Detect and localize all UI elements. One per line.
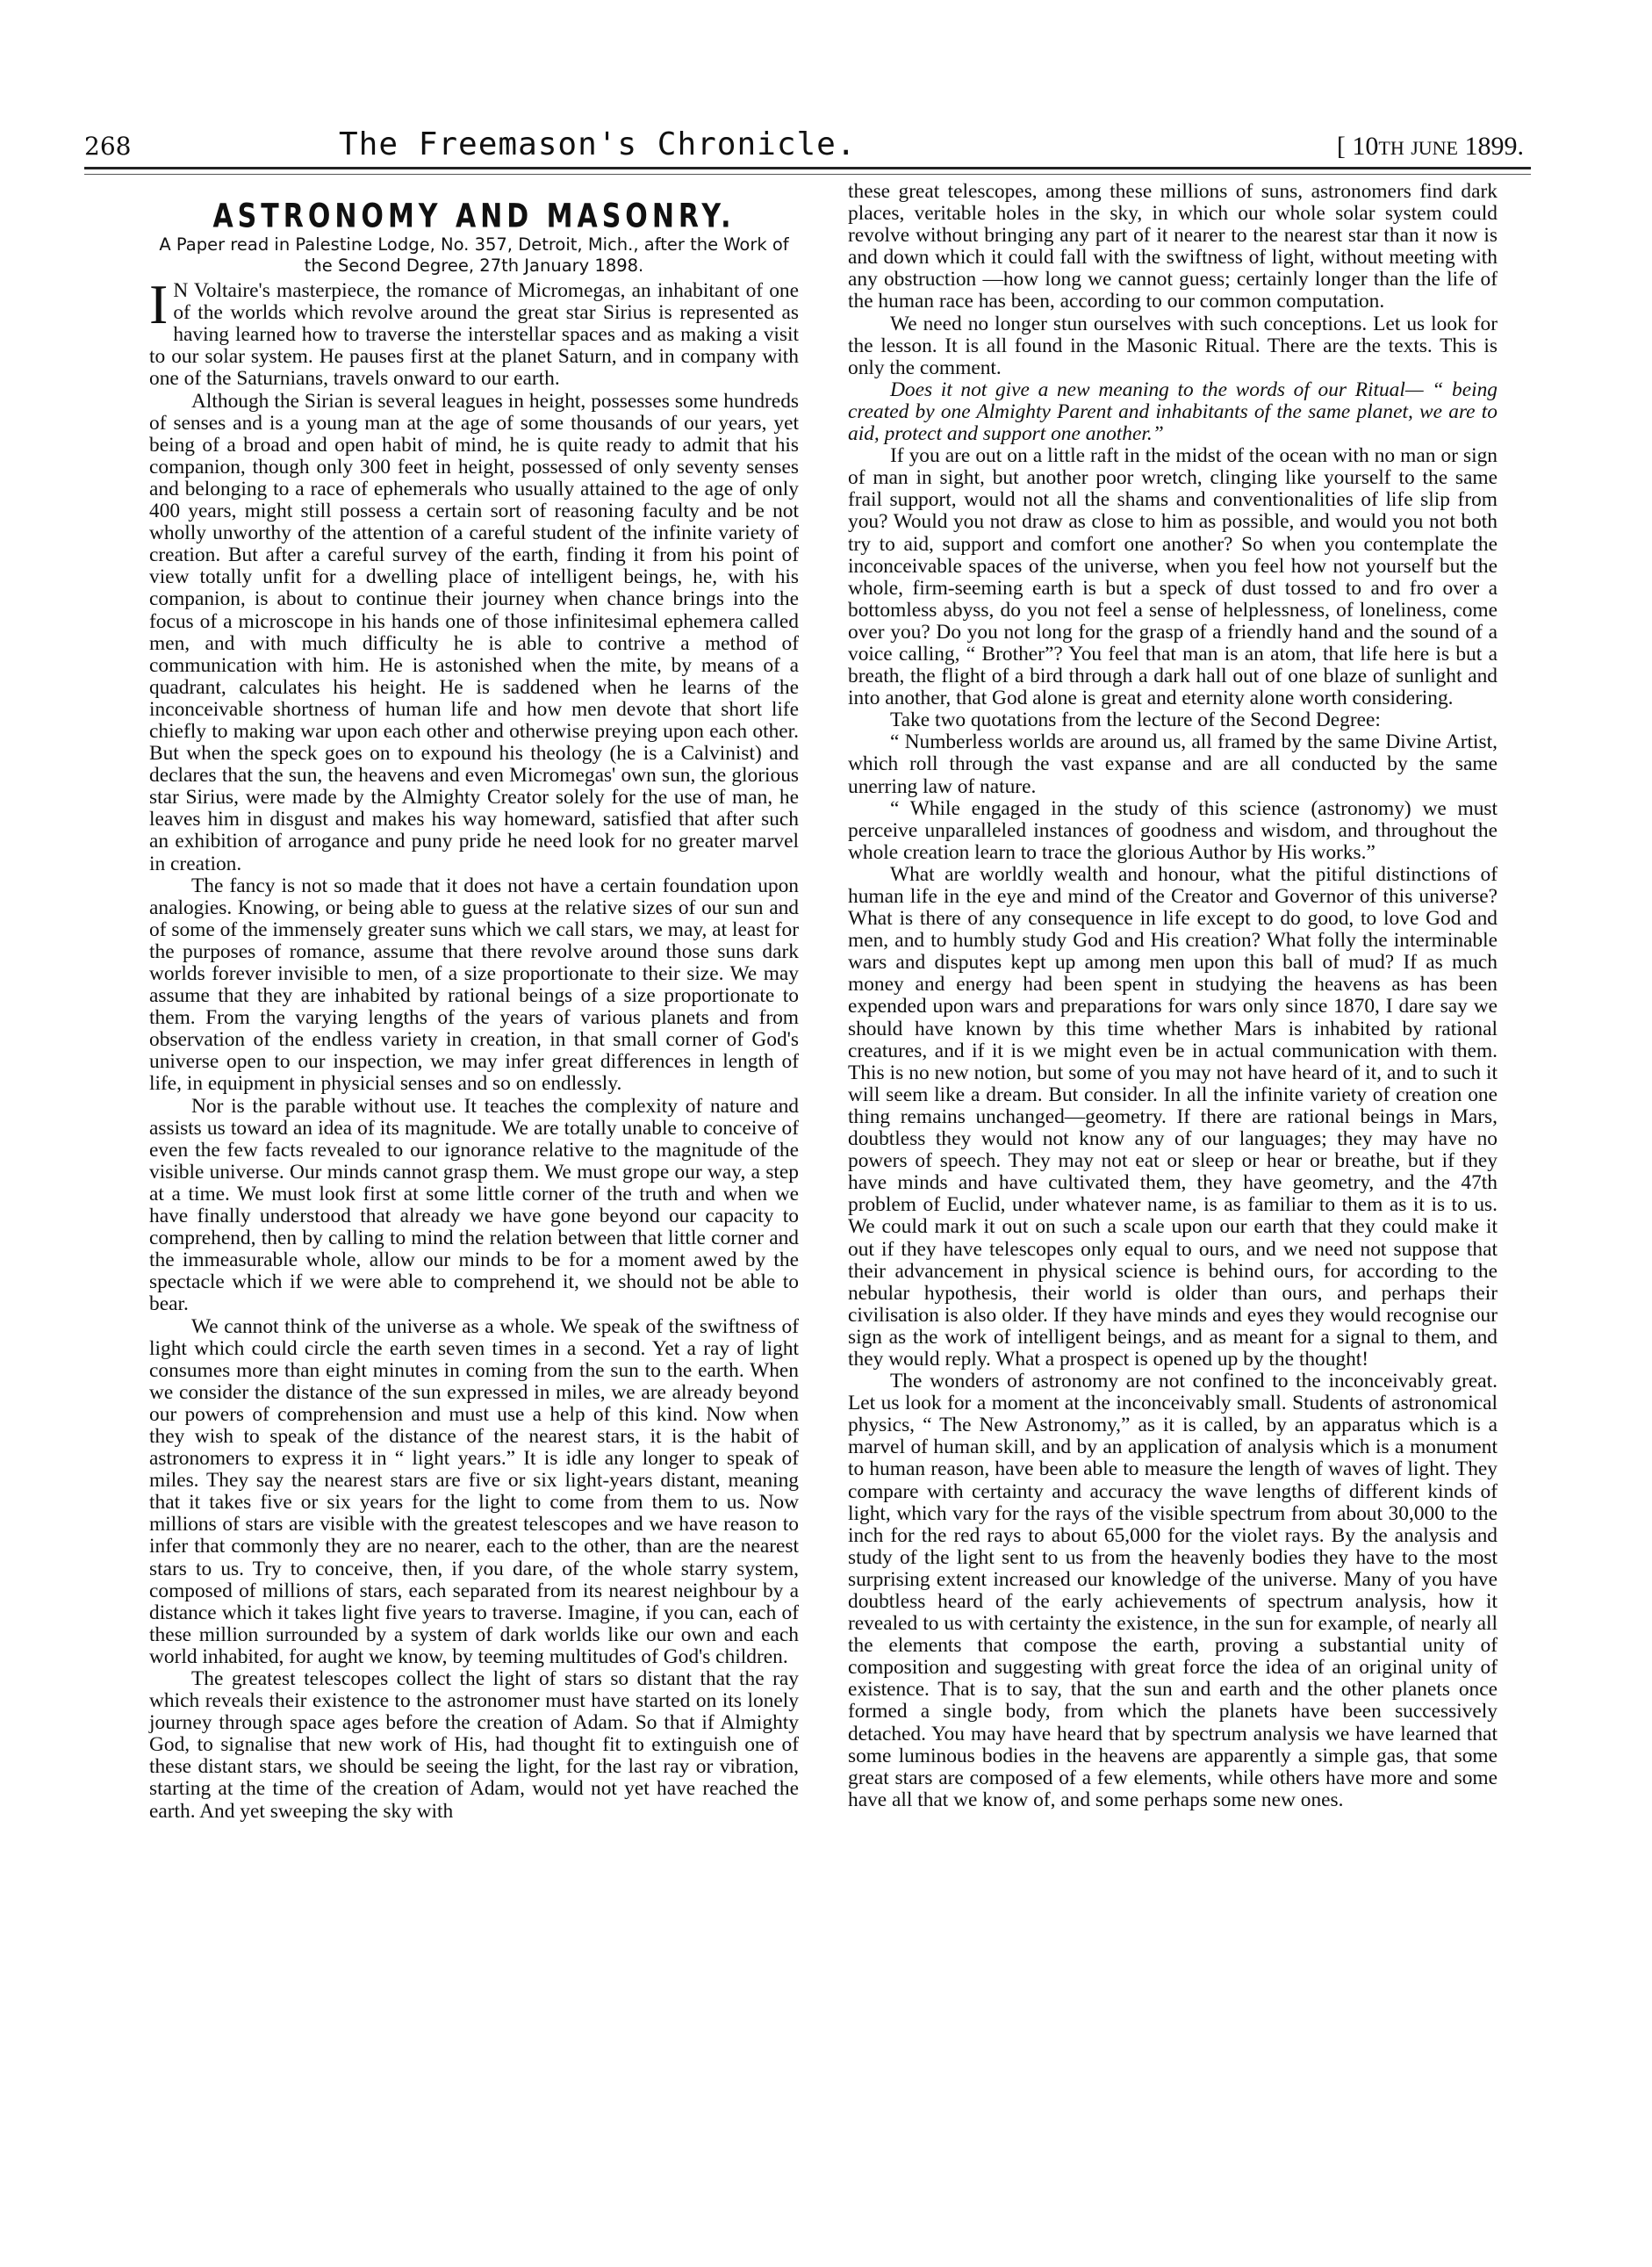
paragraph-quotation: “ While engaged in the study of this sci… xyxy=(848,798,1498,864)
drop-cap: I xyxy=(149,282,168,327)
paragraph: We cannot think of the universe as a who… xyxy=(149,1316,799,1669)
issue-date-year: 1899. xyxy=(1465,132,1525,161)
issue-date-month: JUNE xyxy=(1411,137,1458,159)
paragraph: If you are out on a little raft in the m… xyxy=(848,445,1498,709)
article-title: ASTRONOMY AND MASONRY. xyxy=(149,203,799,230)
paragraph-quotation: “ Numberless worlds are around us, all f… xyxy=(848,731,1498,797)
paragraph: Take two quotations from the lecture of … xyxy=(848,709,1498,731)
paragraph: The greatest telescopes collect the ligh… xyxy=(149,1668,799,1823)
issue-date: [ 10TH JUNE 1899. xyxy=(1337,132,1524,162)
publication-title: The Freemason's Chronicle. xyxy=(339,126,857,162)
ritual-quote: Does it not give a new meaning to the wo… xyxy=(848,378,1498,445)
issue-date-day-suffix: TH xyxy=(1378,137,1404,159)
paragraph: The wonders of astronomy are not confine… xyxy=(848,1371,1498,1811)
paragraph: Although the Sirian is several leagues i… xyxy=(149,391,799,875)
masthead: 268 The Freemason's Chronicle. [ 10TH JU… xyxy=(84,126,1524,165)
right-column: these great telescopes, among these mill… xyxy=(848,181,1498,1811)
issue-date-bracket: [ xyxy=(1337,132,1346,161)
paragraph: We need no longer stun ourselves with su… xyxy=(848,313,1498,379)
header-rule-divider xyxy=(84,167,1531,175)
newspaper-page: 268 The Freemason's Chronicle. [ 10TH JU… xyxy=(0,0,1652,2267)
paragraph: these great telescopes, among these mill… xyxy=(848,181,1498,313)
left-column: ASTRONOMY AND MASONRY. A Paper read in P… xyxy=(149,186,799,1823)
paragraph: Nor is the parable without use. It teach… xyxy=(149,1096,799,1316)
article-subtitle: A Paper read in Palestine Lodge, No. 357… xyxy=(149,234,799,277)
paragraph: The fancy is not so made that it does no… xyxy=(149,875,799,1096)
paragraph-text: N Voltaire's masterpiece, the romance of… xyxy=(149,279,799,390)
issue-date-day: 10 xyxy=(1352,132,1378,161)
paragraph-ritual-quote: Does it not give a new meaning to the wo… xyxy=(848,379,1498,445)
paragraph: What are worldly wealth and honour, what… xyxy=(848,864,1498,1371)
page-number: 268 xyxy=(84,132,131,161)
paragraph: IN Voltaire's masterpiece, the romance o… xyxy=(149,280,799,390)
